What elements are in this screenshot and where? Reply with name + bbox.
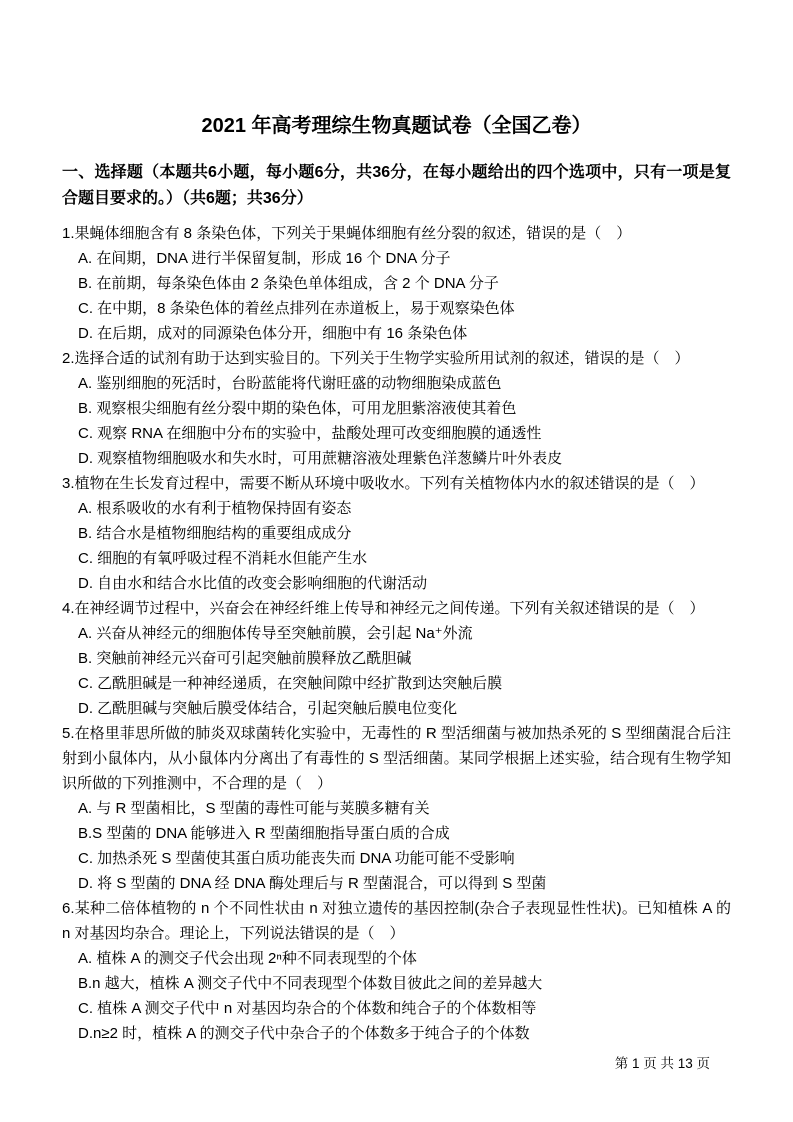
question-4: 4.在神经调节过程中，兴奋会在神经纤维上传导和神经元之间传递。下列有关叙述错误的…: [62, 596, 731, 721]
question-2-option-d: D. 观察植物细胞吸水和失水时，可用蔗糖溶液处理紫色洋葱鳞片叶外表皮: [62, 446, 731, 471]
question-3-option-c: C. 细胞的有氧呼吸过程不消耗水但能产生水: [62, 546, 731, 571]
question-3-option-a: A. 根系吸收的水有利于植物保持固有姿态: [62, 496, 731, 521]
question-5-option-c: C. 加热杀死 S 型菌使其蛋白质功能丧失而 DNA 功能可能不受影响: [62, 846, 731, 871]
question-5-stem: 5.在格里菲思所做的肺炎双球菌转化实验中，无毒性的 R 型活细菌与被加热杀死的 …: [62, 721, 731, 796]
question-2-stem: 2.选择合适的试剂有助于达到实验目的。下列关于生物学实验所用试剂的叙述，错误的是…: [62, 346, 731, 371]
question-6-option-a: A. 植株 A 的测交子代会出现 2ⁿ种不同表现型的个体: [62, 946, 731, 971]
question-4-stem: 4.在神经调节过程中，兴奋会在神经纤维上传导和神经元之间传递。下列有关叙述错误的…: [62, 596, 731, 621]
question-2-option-a: A. 鉴别细胞的死活时，台盼蓝能将代谢旺盛的动物细胞染成蓝色: [62, 371, 731, 396]
question-5-option-d: D. 将 S 型菌的 DNA 经 DNA 酶处理后与 R 型菌混合，可以得到 S…: [62, 871, 731, 896]
question-2-option-b: B. 观察根尖细胞有丝分裂中期的染色体，可用龙胆紫溶液使其着色: [62, 396, 731, 421]
question-2: 2.选择合适的试剂有助于达到实验目的。下列关于生物学实验所用试剂的叙述，错误的是…: [62, 346, 731, 471]
section-heading: 一、选择题（本题共6小题，每小题6分，共36分，在每小题给出的四个选项中，只有一…: [62, 160, 731, 212]
page-number-footer: 第 1 页 共 13 页: [615, 1055, 710, 1073]
question-6-option-b: B.n 越大，植株 A 测交子代中不同表现型个体数目彼此之间的差异越大: [62, 971, 731, 996]
question-6-option-c: C. 植株 A 测交子代中 n 对基因均杂合的个体数和纯合子的个体数相等: [62, 996, 731, 1021]
question-3: 3.植物在生长发育过程中，需要不断从环境中吸收水。下列有关植物体内水的叙述错误的…: [62, 471, 731, 596]
question-1-option-d: D. 在后期，成对的同源染色体分开，细胞中有 16 条染色体: [62, 321, 731, 346]
question-4-option-a: A. 兴奋从神经元的细胞体传导至突触前膜，会引起 Na⁺外流: [62, 621, 731, 646]
page-content: 2021 年高考理综生物真题试卷（全国乙卷） 一、选择题（本题共6小题，每小题6…: [62, 0, 731, 1046]
question-5-option-b: B.S 型菌的 DNA 能够进入 R 型菌细胞指导蛋白质的合成: [62, 821, 731, 846]
question-6-option-d: D.n≥2 时，植株 A 的测交子代中杂合子的个体数多于纯合子的个体数: [62, 1021, 731, 1046]
question-1-option-c: C. 在中期，8 条染色体的着丝点排列在赤道板上，易于观察染色体: [62, 296, 731, 321]
question-3-option-b: B. 结合水是植物细胞结构的重要组成成分: [62, 521, 731, 546]
question-4-option-b: B. 突触前神经元兴奋可引起突触前膜释放乙酰胆碱: [62, 646, 731, 671]
question-1-stem: 1.果蝇体细胞含有 8 条染色体，下列关于果蝇体细胞有丝分裂的叙述，错误的是（ …: [62, 221, 731, 246]
question-6-stem: 6.某种二倍体植物的 n 个不同性状由 n 对独立遗传的基因控制(杂合子表现显性…: [62, 896, 731, 946]
question-3-option-d: D. 自由水和结合水比值的改变会影响细胞的代谢活动: [62, 571, 731, 596]
question-6: 6.某种二倍体植物的 n 个不同性状由 n 对独立遗传的基因控制(杂合子表现显性…: [62, 896, 731, 1046]
page-title: 2021 年高考理综生物真题试卷（全国乙卷）: [62, 112, 731, 140]
exam-paper-page: 2021 年高考理综生物真题试卷（全国乙卷） 一、选择题（本题共6小题，每小题6…: [0, 0, 793, 1122]
question-4-option-c: C. 乙酰胆碱是一种神经递质，在突触间隙中经扩散到达突触后膜: [62, 671, 731, 696]
question-1-option-b: B. 在前期，每条染色体由 2 条染色单体组成，含 2 个 DNA 分子: [62, 271, 731, 296]
question-4-option-d: D. 乙酰胆碱与突触后膜受体结合，引起突触后膜电位变化: [62, 696, 731, 721]
question-2-option-c: C. 观察 RNA 在细胞中分布的实验中，盐酸处理可改变细胞膜的通透性: [62, 421, 731, 446]
question-5: 5.在格里菲思所做的肺炎双球菌转化实验中，无毒性的 R 型活细菌与被加热杀死的 …: [62, 721, 731, 896]
question-5-option-a: A. 与 R 型菌相比，S 型菌的毒性可能与荚膜多糖有关: [62, 796, 731, 821]
question-1-option-a: A. 在间期，DNA 进行半保留复制，形成 16 个 DNA 分子: [62, 246, 731, 271]
question-3-stem: 3.植物在生长发育过程中，需要不断从环境中吸收水。下列有关植物体内水的叙述错误的…: [62, 471, 731, 496]
question-1: 1.果蝇体细胞含有 8 条染色体，下列关于果蝇体细胞有丝分裂的叙述，错误的是（ …: [62, 221, 731, 346]
